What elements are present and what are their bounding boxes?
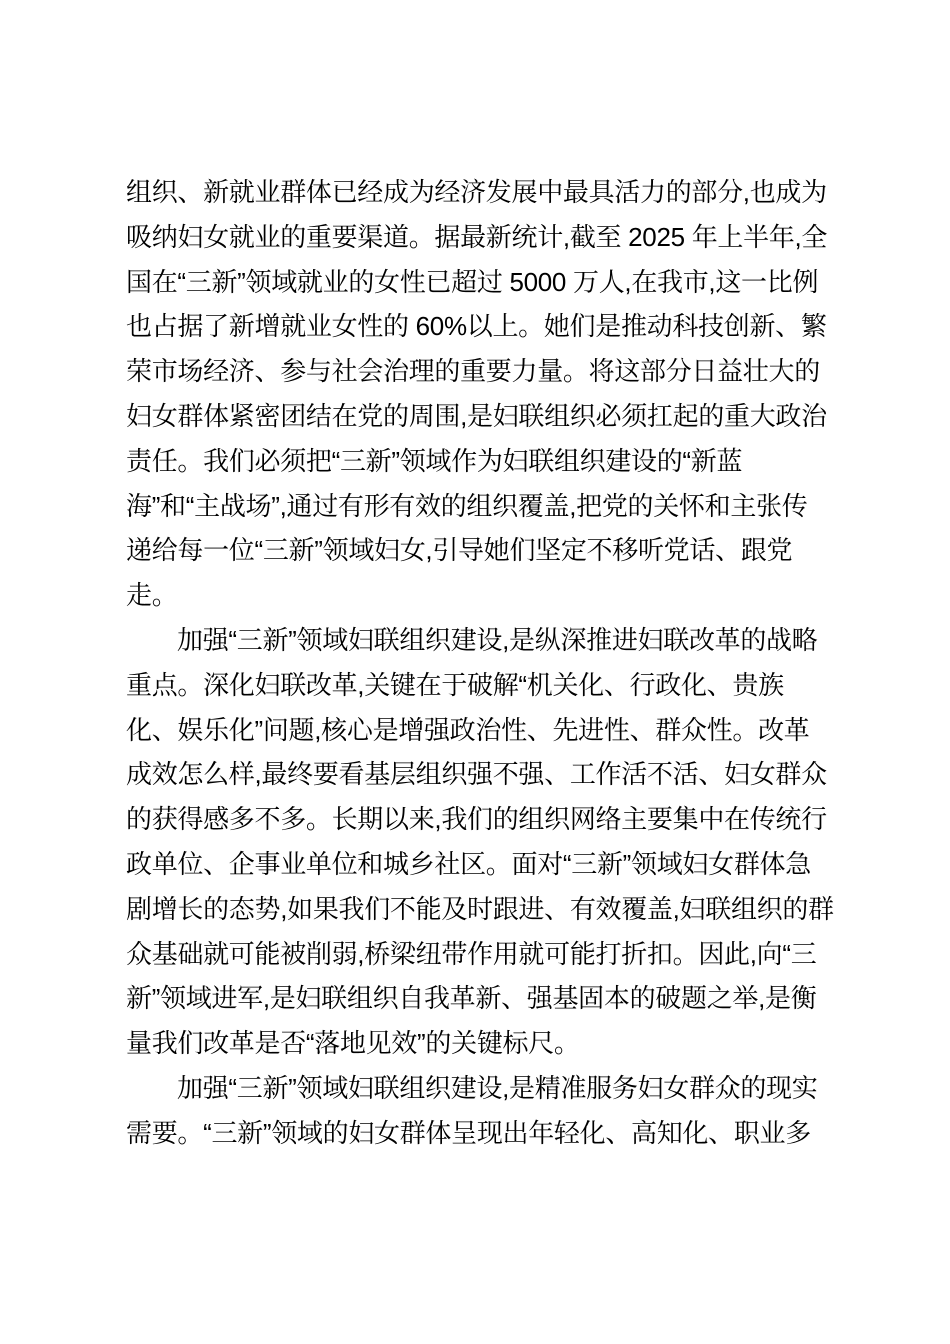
text-line: 海”和“主战场”,通过有形有效的组织覆盖,把党的关怀和主张传 [126, 484, 866, 529]
text-line: 需要。“三新”领域的妇女群体呈现出年轻化、高知化、职业多 [126, 1111, 866, 1156]
paragraph: 加强“三新”领域妇联组织建设,是精准服务妇女群众的现实需要。“三新”领域的妇女群… [126, 1066, 866, 1156]
text-line: 加强“三新”领域妇联组织建设,是纵深推进妇联改革的战略 [126, 618, 866, 663]
text-line: 政单位、企事业单位和城乡社区。面对“三新”领域妇女群体急 [126, 842, 866, 887]
text-line: 吸纳妇女就业的重要渠道。据最新统计,截至 2025 年上半年,全 [126, 215, 866, 260]
text-line: 也占据了新增就业女性的 60%以上。她们是推动科技创新、繁 [126, 304, 866, 349]
text-line: 走。 [126, 573, 866, 618]
text-line: 组织、新就业群体已经成为经济发展中最具活力的部分,也成为 [126, 170, 866, 215]
text-line: 递给每一位“三新”领域妇女,引导她们坚定不移听党话、跟党 [126, 528, 866, 573]
text-line: 众基础就可能被削弱,桥梁纽带作用就可能打折扣。因此,向“三 [126, 932, 866, 977]
text-line: 成效怎么样,最终要看基层组织强不强、工作活不活、妇女群众 [126, 752, 866, 797]
paragraph: 组织、新就业群体已经成为经济发展中最具活力的部分,也成为吸纳妇女就业的重要渠道。… [126, 170, 866, 618]
text-line: 重点。深化妇联改革,关键在于破解“机关化、行政化、贵族 [126, 663, 866, 708]
text-line: 加强“三新”领域妇联组织建设,是精准服务妇女群众的现实 [126, 1066, 866, 1111]
text-line: 责任。我们必须把“三新”领域作为妇联组织建设的“新蓝 [126, 439, 866, 484]
text-line: 量我们改革是否“落地见效”的关键标尺。 [126, 1021, 866, 1066]
text-line: 国在“三新”领域就业的女性已超过 5000 万人,在我市,这一比例 [126, 260, 866, 305]
document-text: 组织、新就业群体已经成为经济发展中最具活力的部分,也成为吸纳妇女就业的重要渠道。… [126, 170, 866, 1156]
text-line: 新”领域进军,是妇联组织自我革新、强基固本的破题之举,是衡 [126, 976, 866, 1021]
text-line: 剧增长的态势,如果我们不能及时跟进、有效覆盖,妇联组织的群 [126, 887, 866, 932]
paragraph: 加强“三新”领域妇联组织建设,是纵深推进妇联改革的战略重点。深化妇联改革,关键在… [126, 618, 866, 1066]
text-line: 化、娱乐化”问题,核心是增强政治性、先进性、群众性。改革 [126, 708, 866, 753]
text-line: 荣市场经济、参与社会治理的重要力量。将这部分日益壮大的 [126, 349, 866, 394]
text-line: 的获得感多不多。长期以来,我们的组织网络主要集中在传统行 [126, 797, 866, 842]
text-line: 妇女群体紧密团结在党的周围,是妇联组织必须扛起的重大政治 [126, 394, 866, 439]
document-page: 组织、新就业群体已经成为经济发展中最具活力的部分,也成为吸纳妇女就业的重要渠道。… [0, 0, 950, 1344]
